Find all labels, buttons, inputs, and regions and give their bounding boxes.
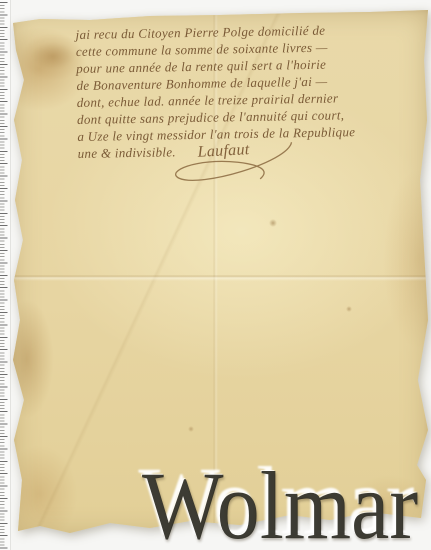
ink-bleed-through bbox=[25, 39, 81, 73]
watermark-text: Wolmar bbox=[142, 458, 418, 550]
manuscript-line: une & indivisible. bbox=[78, 143, 176, 162]
handwritten-text-block: jai recu du Citoyen Pierre Polge domicil… bbox=[75, 20, 423, 206]
signature-flourish bbox=[165, 136, 298, 194]
